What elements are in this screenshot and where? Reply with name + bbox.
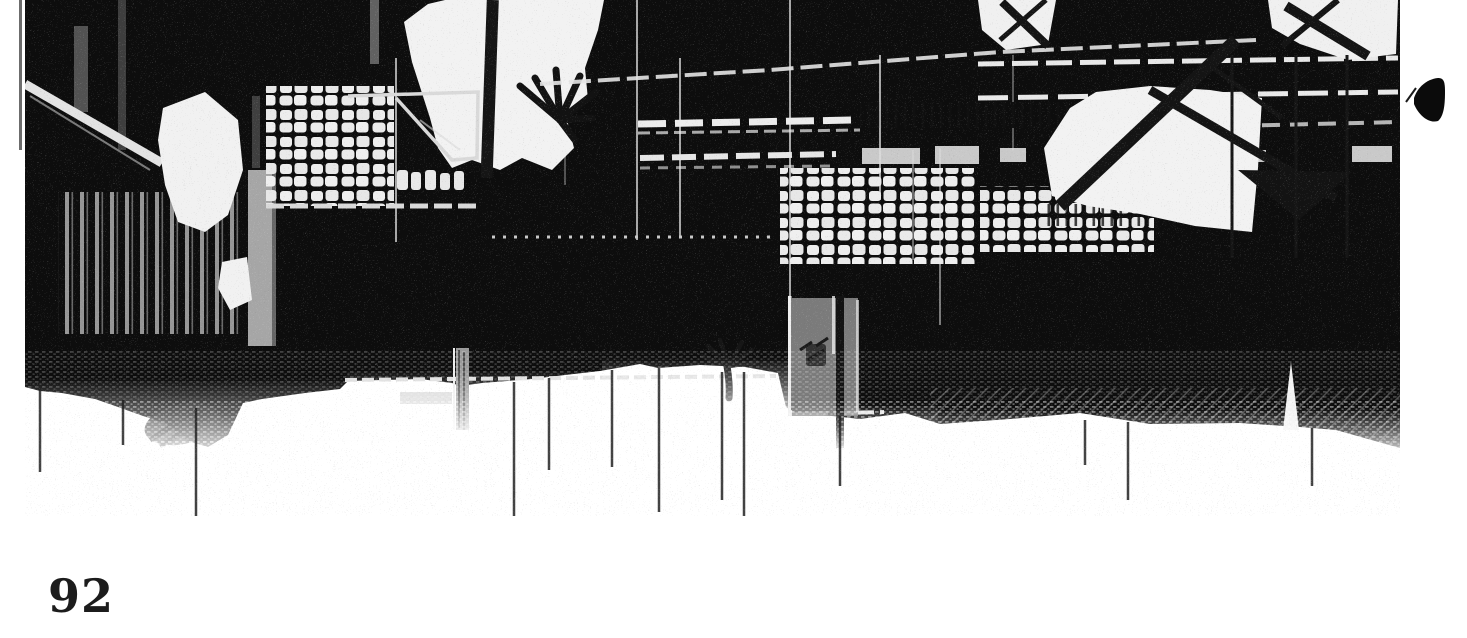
- halftone-grain-dark: [25, 0, 1400, 516]
- page-number: 92: [48, 569, 114, 623]
- margin-ink-blot: [1406, 78, 1445, 122]
- illustration-panel: [25, 0, 1400, 517]
- book-page: 92: [0, 0, 1467, 638]
- halftone-ruins-illustration: 92: [0, 0, 1467, 638]
- page-fold-line: [19, 0, 22, 150]
